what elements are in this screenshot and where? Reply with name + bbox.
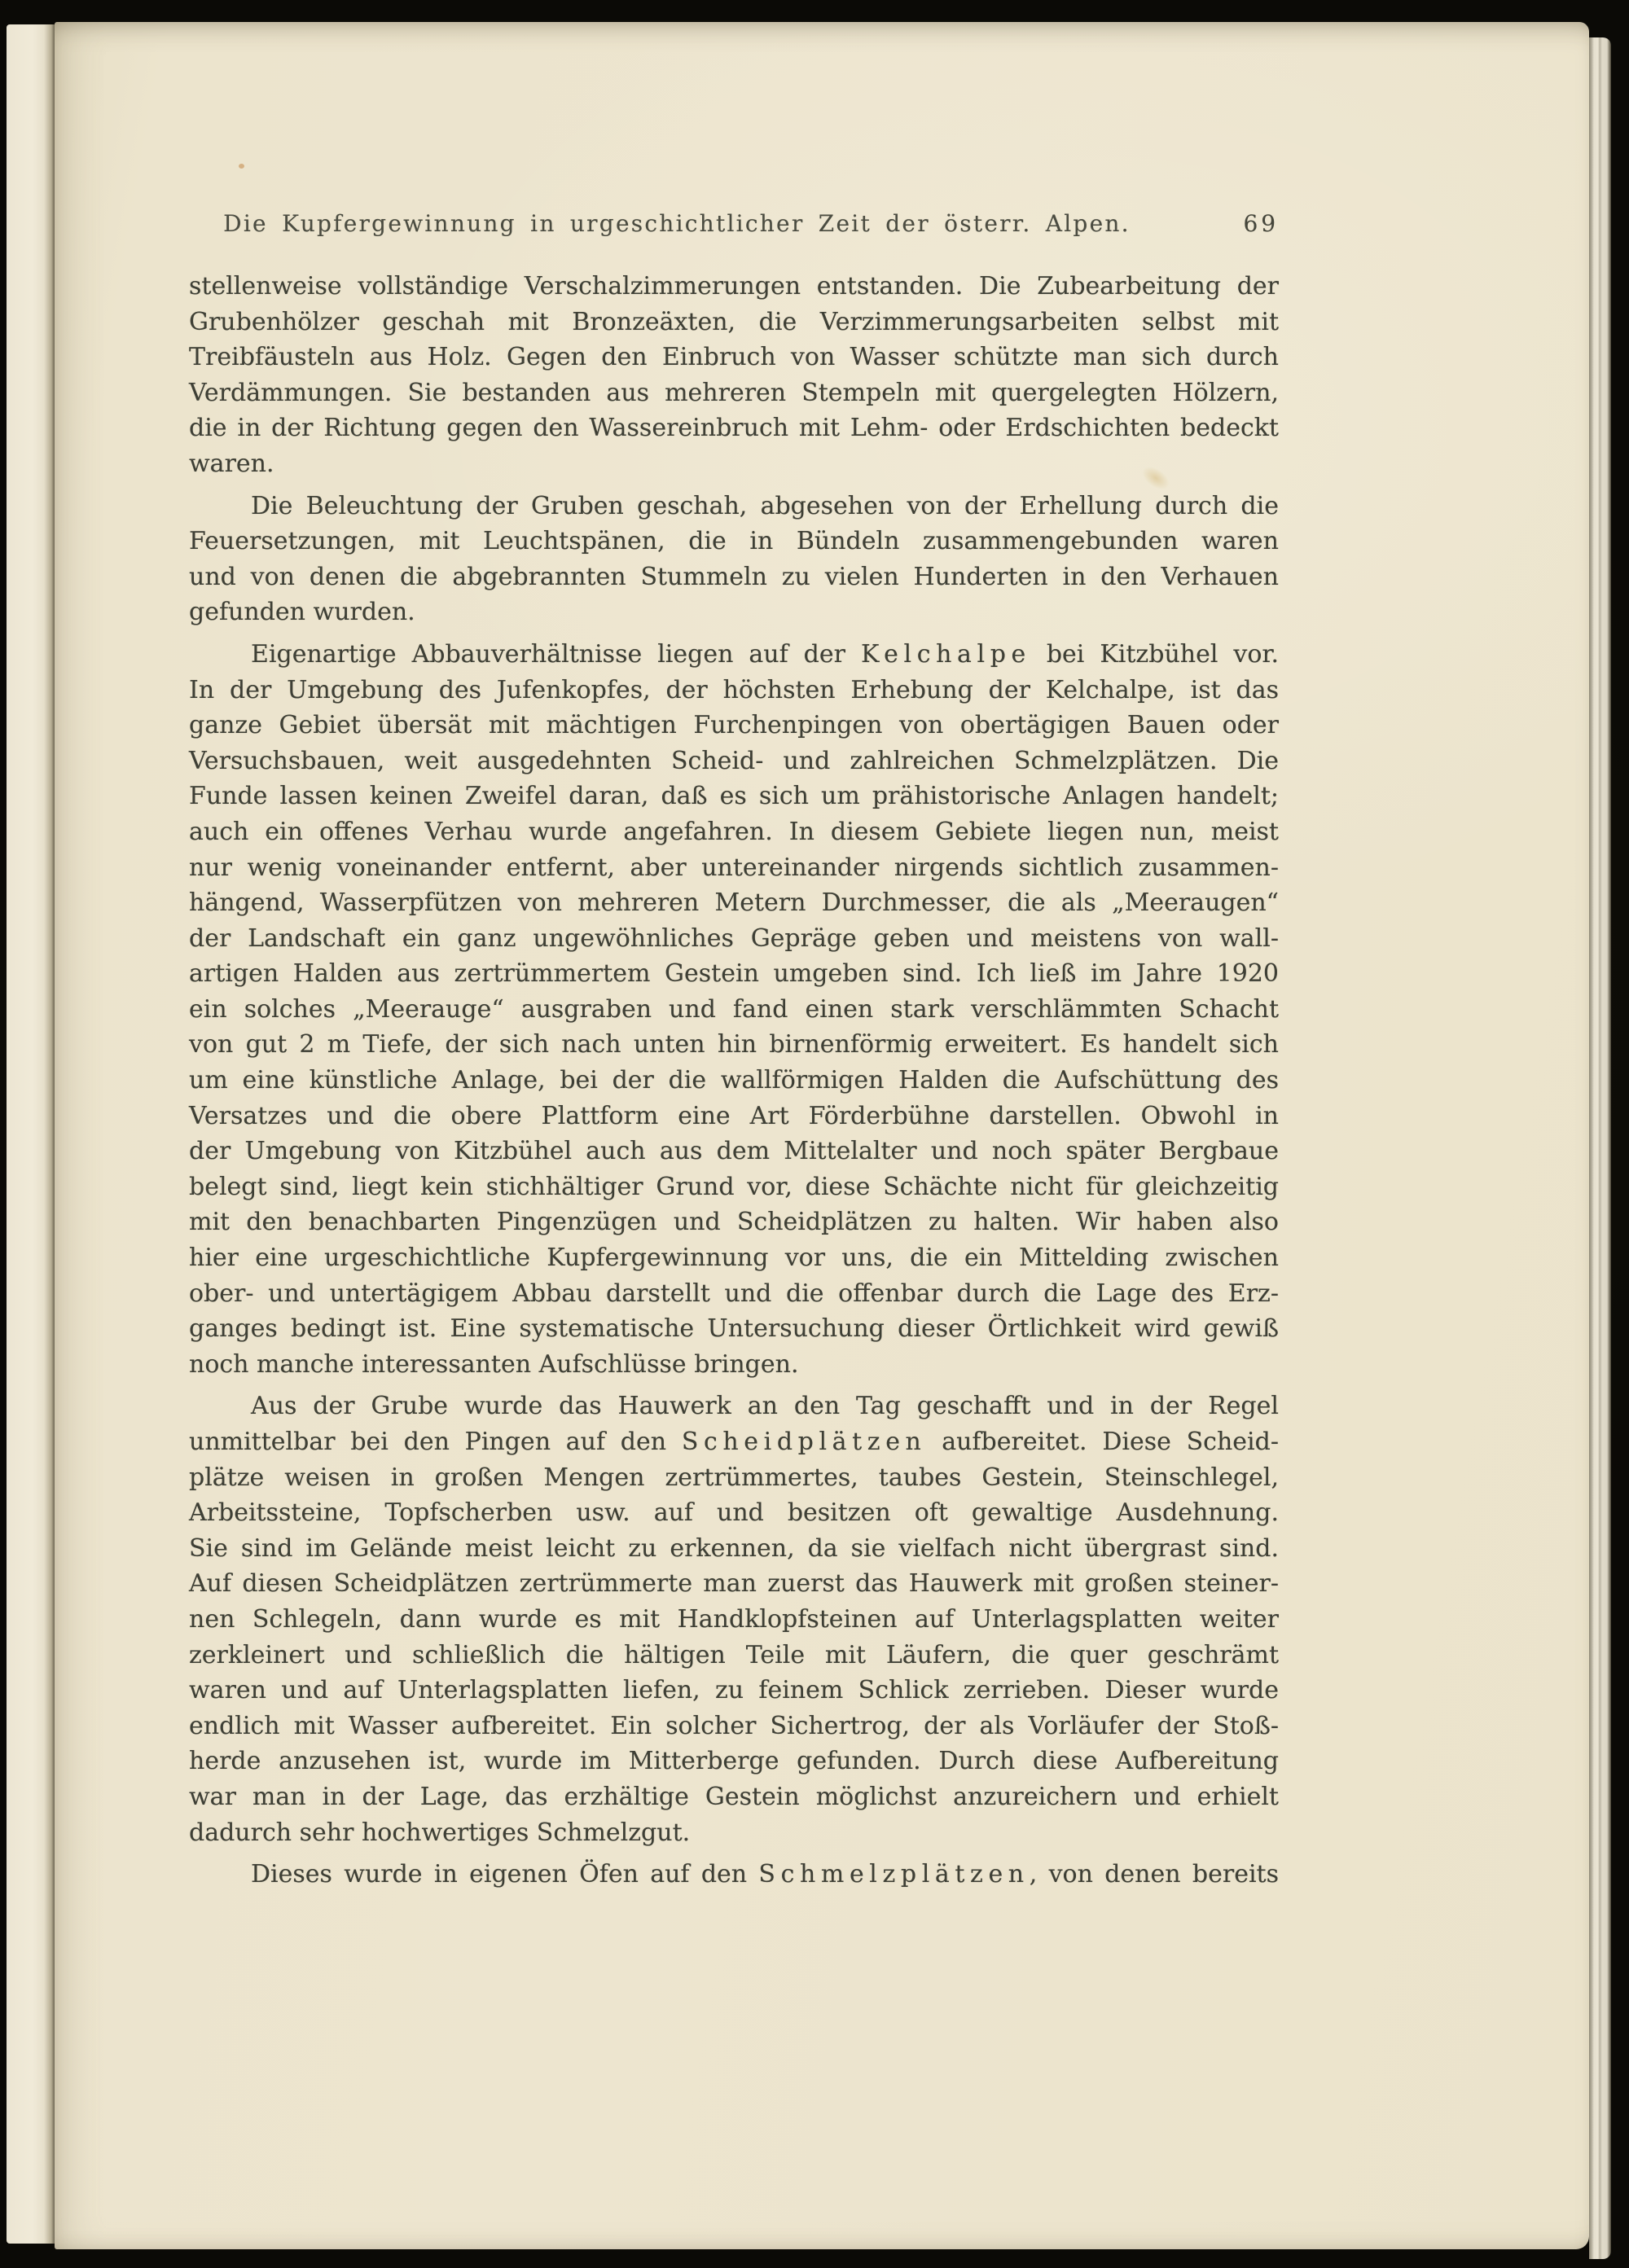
page-stack-edge — [1589, 37, 1611, 2259]
text-line: Versuchsbauen, weit ausgedehnten Scheid-… — [189, 744, 1279, 779]
paragraph: Die Beleuchtung der Gruben geschah, abge… — [189, 489, 1279, 630]
text-line: plätze weisen in großen Mengen zertrümme… — [189, 1460, 1279, 1496]
text-line: Treibfäusteln aus Holz. Gegen den Einbru… — [189, 340, 1279, 375]
text-line: Grubenhölzer geschah mit Bronzeäxten, di… — [189, 305, 1279, 340]
paper-speck — [239, 164, 244, 169]
text-line: artigen Halden aus zertrümmertem Gestein… — [189, 956, 1279, 992]
text-line: dadurch sehr hochwertiges Schmelzgut. — [189, 1815, 1279, 1851]
text-line: Aus der Grube wurde das Hauwerk an den T… — [189, 1388, 1279, 1424]
text-line: auch ein offenes Verhau wurde angefahren… — [189, 814, 1279, 850]
text-line: Arbeitssteine, Topfscherben usw. auf und… — [189, 1495, 1279, 1531]
running-header: Die Kupfergewinnung in urgeschichtlicher… — [189, 208, 1279, 240]
text-line: nur wenig voneinander entfernt, aber unt… — [189, 850, 1279, 886]
text-line: hängend, Wasserpfützen von mehreren Mete… — [189, 885, 1279, 921]
text-line: Die Beleuchtung der Gruben geschah, abge… — [189, 489, 1279, 524]
text-line: die in der Richtung gegen den Wassereinb… — [189, 410, 1279, 446]
text-line: Funde lassen keinen Zweifel daran, daß e… — [189, 779, 1279, 814]
text-line: belegt sind, liegt kein stichhältiger Gr… — [189, 1169, 1279, 1205]
paragraph: Dieses wurde in eigenen Öfen auf den Sch… — [189, 1857, 1279, 1893]
text-line: ober- und untertägigem Abbau darstellt u… — [189, 1276, 1279, 1312]
text-line: der Landschaft ein ganz ungewöhnliches G… — [189, 921, 1279, 957]
text-line: unmittelbar bei den Pingen auf den Schei… — [189, 1424, 1279, 1460]
page-number: 69 — [1244, 208, 1279, 240]
letterspaced-term: Scheidplätzen — [682, 1428, 927, 1456]
text-line: noch manche interessanten Aufschlüsse br… — [189, 1347, 1279, 1383]
text-line: zerkleinert und schließlich die hältigen… — [189, 1638, 1279, 1674]
text-line: um eine künstliche Anlage, bei der die w… — [189, 1063, 1279, 1099]
text-line: stellenweise vollständige Verschalzimmer… — [189, 269, 1279, 305]
text-line: ganges bedingt ist. Eine systematische U… — [189, 1311, 1279, 1347]
text-line: herde anzusehen ist, wurde im Mitterberg… — [189, 1744, 1279, 1779]
text-line: endlich mit Wasser aufbereitet. Ein solc… — [189, 1709, 1279, 1744]
text-line: waren. — [189, 446, 1279, 482]
text-line: ein solches „Meerauge“ ausgraben und fan… — [189, 992, 1279, 1028]
text-line: der Umgebung von Kitzbühel auch aus dem … — [189, 1134, 1279, 1169]
text-line: hier eine urgeschichtliche Kupfergewinnu… — [189, 1240, 1279, 1276]
text-line: Versatzes und die obere Plattform eine A… — [189, 1099, 1279, 1134]
paragraph: stellenweise vollständige Verschalzimmer… — [189, 269, 1279, 482]
page-body: stellenweise vollständige Verschalzimmer… — [189, 269, 1279, 1893]
adjacent-page-edge — [7, 24, 55, 2244]
paragraph: Eigenartige Abbauverhältnisse liegen auf… — [189, 637, 1279, 1382]
text-line: war man in der Lage, das erzhältige Gest… — [189, 1779, 1279, 1815]
text-line: mit den benachbarten Pingenzügen und Sch… — [189, 1204, 1279, 1240]
text-line: und von denen die abgebrannten Stummeln … — [189, 559, 1279, 595]
text-line: Auf diesen Scheidplätzen zertrümmerte ma… — [189, 1566, 1279, 1602]
text-line: gefunden wurden. — [189, 594, 1279, 630]
text-line: In der Umgebung des Jufenkopfes, der höc… — [189, 673, 1279, 708]
paragraph: Aus der Grube wurde das Hauwerk an den T… — [189, 1388, 1279, 1850]
book-page: Die Kupfergewinnung in urgeschichtlicher… — [55, 22, 1589, 2249]
text-line: Eigenartige Abbauverhältnisse liegen auf… — [189, 637, 1279, 673]
text-line: Verdämmungen. Sie bestanden aus mehreren… — [189, 375, 1279, 411]
text-line: nen Schlegeln, dann wurde es mit Handklo… — [189, 1602, 1279, 1638]
text-line: Feuersetzungen, mit Leuchtspänen, die in… — [189, 524, 1279, 559]
text-line: Sie sind im Gelände meist leicht zu erke… — [189, 1531, 1279, 1567]
running-header-title-wrap: Die Kupfergewinnung in urgeschichtlicher… — [189, 208, 1279, 240]
text-line: Dieses wurde in eigenen Öfen auf den Sch… — [189, 1857, 1279, 1893]
text-line: ganze Gebiet übersät mit mächtigen Furch… — [189, 708, 1279, 744]
letterspaced-term: Kelchalpe — [861, 640, 1031, 669]
letterspaced-term: Schmelzplätzen — [758, 1860, 1029, 1889]
text-line: waren und auf Unterlagsplatten liefen, z… — [189, 1673, 1279, 1709]
running-header-title: Die Kupfergewinnung in urgeschichtlicher… — [223, 210, 1131, 237]
text-line: von gut 2 m Tiefe, der sich nach unten h… — [189, 1027, 1279, 1063]
